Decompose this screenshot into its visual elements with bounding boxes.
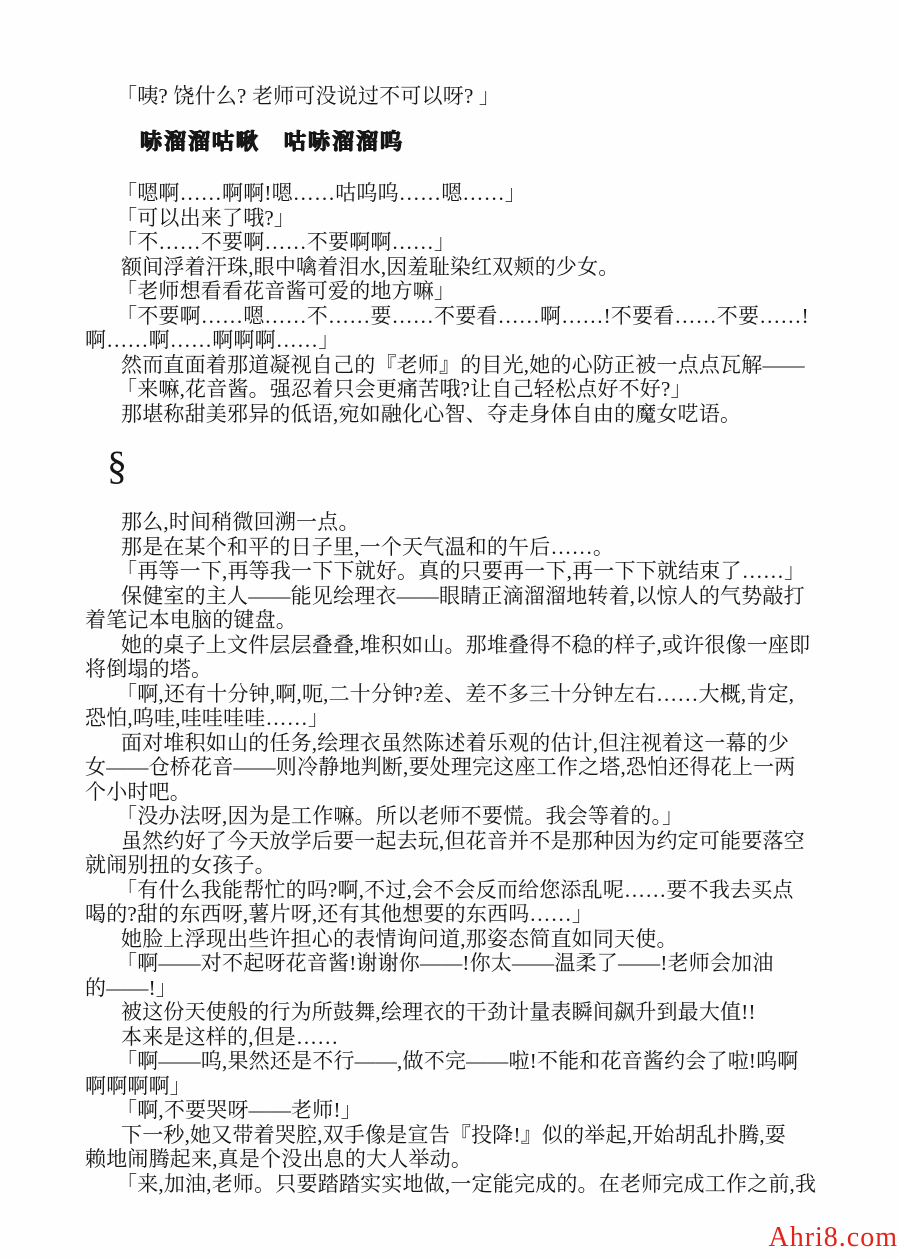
- narrative-paragraph: 那么,时间稍微回溯一点。: [85, 510, 845, 535]
- narrative-paragraph: 然而直面着那道凝视自己的『老师』的目光,她的心防正被一点点瓦解——: [85, 353, 845, 378]
- narrative-paragraph: 她的桌子上文件层层叠叠,堆积如山。那堆叠得不稳的样子,或许很像一座即 将倒塌的塔…: [85, 633, 845, 682]
- narrative-paragraph: 额间浮着汗珠,眼中噙着泪水,因羞耻染红双颊的少女。: [85, 255, 845, 280]
- scene-present-text: 「咦? 饶什么? 老师可没说过不可以呀? 」哧溜溜咕啾 咕哧溜溜呜「嗯啊……啊啊…: [85, 84, 845, 426]
- novel-page: 「咦? 饶什么? 老师可没说过不可以呀? 」哧溜溜咕啾 咕哧溜溜呜「嗯啊……啊啊…: [0, 0, 900, 1259]
- dialogue-paragraph: 「老师想看看花音酱可爱的地方嘛」: [85, 279, 845, 304]
- dialogue-paragraph: 「来嘛,花音酱。强忍着只会更痛苦哦?让自己轻松点好不好?」: [85, 377, 845, 402]
- narrative-paragraph: 虽然约好了今天放学后要一起去玩,但花音并不是那种因为约定可能要落空 就闹别扭的女…: [85, 829, 845, 878]
- narrative-paragraph: 下一秒,她又带着哭腔,双手像是宣告『投降!』似的举起,开始胡乱扑腾,耍 赖地闹腾…: [85, 1123, 845, 1172]
- narrative-paragraph: 本来是这样的,但是……: [85, 1025, 845, 1050]
- dialogue-paragraph: 「没办法呀,因为是工作嘛。所以老师不要慌。我会等着的。」: [85, 804, 845, 829]
- narrative-paragraph: 她脸上浮现出些许担心的表情询问道,那姿态简直如同天使。: [85, 927, 845, 952]
- narrative-paragraph: 那堪称甜美邪异的低语,宛如融化心智、夺走身体自由的魔女呓语。: [85, 402, 845, 427]
- site-watermark: Ahri8.com: [768, 1222, 898, 1254]
- dialogue-paragraph: 「来,加油,老师。只要踏踏实实地做,一定能完成的。在老师完成工作之前,我: [85, 1172, 845, 1197]
- scene-flashback-text: 那么,时间稍微回溯一点。那是在某个和平的日子里,一个天气温和的午后……。「再等一…: [85, 510, 845, 1196]
- dialogue-paragraph: 「咦? 饶什么? 老师可没说过不可以呀? 」: [85, 84, 845, 109]
- section-divider-mark: §: [85, 445, 845, 487]
- dialogue-paragraph: 「不……不要啊……不要啊啊……」: [85, 230, 845, 255]
- dialogue-paragraph: 「啊,不要哭呀——老师!」: [85, 1098, 845, 1123]
- narrative-paragraph: 那是在某个和平的日子里,一个天气温和的午后……。: [85, 535, 845, 560]
- dialogue-paragraph: 「再等一下,再等我一下下就好。真的只要再一下,再一下下就结束了……」: [85, 559, 845, 584]
- narrative-paragraph: 保健室的主人——能见绘理衣——眼睛正滴溜溜地转着,以惊人的气势敲打 着笔记本电脑…: [85, 584, 845, 633]
- dialogue-paragraph: 「可以出来了哦?」: [85, 206, 845, 231]
- dialogue-paragraph: 「嗯啊……啊啊!嗯……咕呜呜……嗯……」: [85, 181, 845, 206]
- sfx-line: 哧溜溜咕啾 咕哧溜溜呜: [85, 130, 845, 155]
- narrative-paragraph: 面对堆积如山的任务,绘理衣虽然陈述着乐观的估计,但注视着这一幕的少 女——仓桥花…: [85, 731, 845, 805]
- dialogue-paragraph: 「啊——呜,果然还是不行——,做不完——啦!不能和花音酱约会了啦!呜啊 啊啊啊啊…: [85, 1049, 845, 1098]
- dialogue-paragraph: 「啊——对不起呀花音酱!谢谢你——!你太——温柔了——!老师会加油 的——!」: [85, 951, 845, 1000]
- dialogue-paragraph: 「不要啊……嗯……不……要……不要看……啊……!不要看……不要……! 啊……啊……: [85, 304, 845, 353]
- narrative-paragraph: 被这份天使般的行为所鼓舞,绘理衣的干劲计量表瞬间飙升到最大值!!: [85, 1000, 845, 1025]
- dialogue-paragraph: 「有什么我能帮忙的吗?啊,不过,会不会反而给您添乱呢……要不我去买点 喝的?甜的…: [85, 878, 845, 927]
- dialogue-paragraph: 「啊,还有十分钟,啊,呃,二十分钟?差、差不多三十分钟左右……大概,肯定, 恐怕…: [85, 682, 845, 731]
